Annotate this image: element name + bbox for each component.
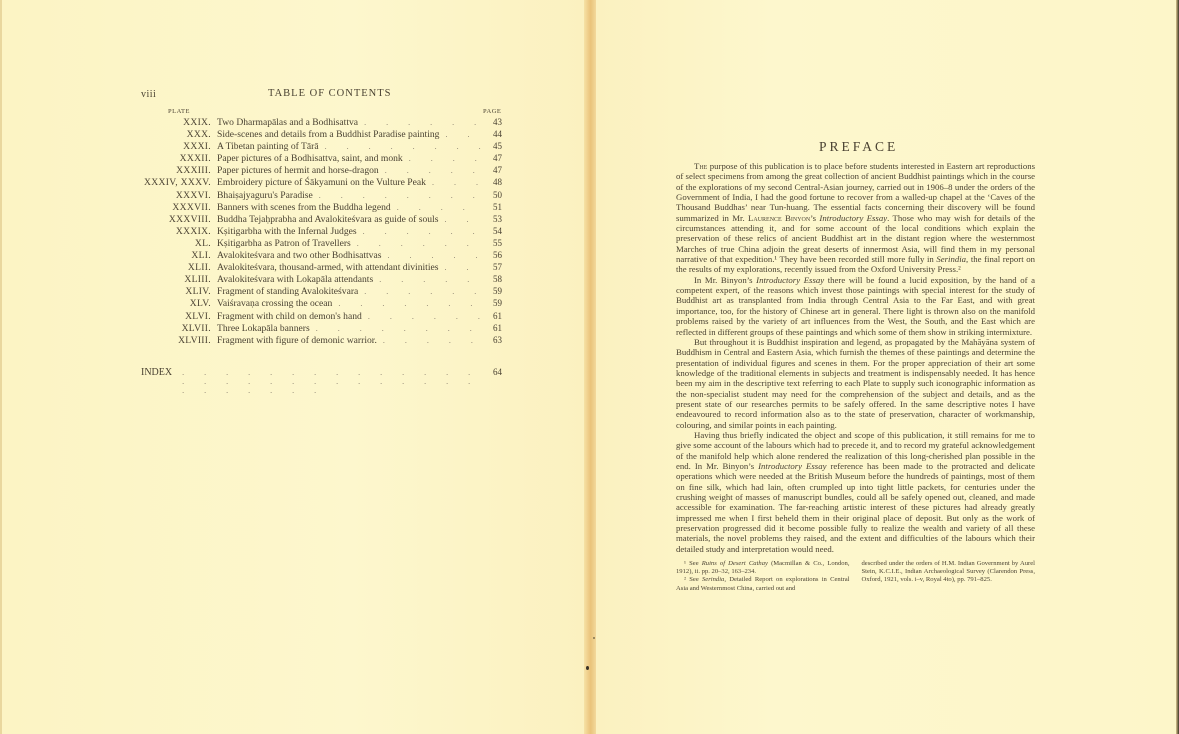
toc-entry[interactable]: XXIX.Two Dharmapālas and a Bodhisattva43 [130,117,502,129]
book-title: Introductory Essay [819,213,887,223]
entry-title: Buddha Tejaḥprabha and Avalokiteśvara as… [217,214,438,225]
preface-paragraph: But throughout it is Buddhist inspiratio… [676,337,1035,430]
toc-list: XXIX.Two Dharmapālas and a Bodhisattva43… [130,117,502,347]
dot-leader [362,312,484,321]
toc-entry[interactable]: XLI.Avalokiteśvara and two other Bodhisa… [130,250,502,262]
text-run: ² See [684,576,702,583]
entry-title: Three Lokapāla banners [217,323,310,334]
toc-entry[interactable]: XLIII.Avalokiteśvara with Lokapāla atten… [130,274,502,286]
dot-leader [377,336,484,345]
dot-leader [357,227,484,236]
plate-number: XXX. [130,129,217,140]
toc-entry[interactable]: XXXI.A Tibetan painting of Tārā45 [130,141,502,153]
entry-title: Paper pictures of hermit and horse-drago… [217,165,379,176]
footnotes: ¹ See Ruins of Desert Cathay (Macmillan … [676,560,1035,593]
toc-index-entry[interactable]: INDEX 64 [141,367,502,395]
entry-page: 48 [484,177,502,187]
entry-title: Kṣitigarbha as Patron of Travellers [217,238,351,249]
dot-leader [313,191,484,200]
entry-page: 57 [484,262,502,272]
preface-heading: PREFACE [819,139,898,155]
toc-entry[interactable]: XXXVI.Bhaiṣajyaguru's Paradise50 [130,190,502,202]
running-head: TABLE OF CONTENTS [268,88,392,99]
entry-page: 63 [484,335,502,345]
entry-page: 55 [484,238,502,248]
dot-leader [438,215,484,224]
preface-paragraph: Having thus briefly indicated the object… [676,430,1035,554]
lead-word: The [694,161,707,171]
entry-title: Banners with scenes from the Buddha lege… [217,202,391,213]
index-label: INDEX [141,367,172,378]
scan-speck [586,666,589,670]
entry-title: Avalokiteśvara and two other Bodhisattva… [217,250,381,261]
dot-leader [172,368,484,395]
toc-entry[interactable]: XLV.Vaiśravaṇa crossing the ocean59 [130,298,502,310]
entry-page: 47 [484,153,502,163]
entry-page: 59 [484,298,502,308]
page-column-header: PAGE [483,108,501,115]
plate-number: XLVIII. [130,335,217,346]
toc-entry[interactable]: XLII.Avalokiteśvara, thousand-armed, wit… [130,262,502,274]
entry-title: Avalokiteśvara, thousand-armed, with att… [217,262,439,273]
dot-leader [439,130,484,139]
dot-leader [351,239,484,248]
toc-entry[interactable]: XLVII.Three Lokapāla banners61 [130,323,502,335]
entry-title: Paper pictures of a Bodhisattva, saint, … [217,153,403,164]
entry-title: Fragment of standing Avalokiteśvara [217,286,358,297]
dot-leader [381,251,484,260]
entry-page: 43 [484,117,502,127]
plate-number: XXXI. [130,141,217,152]
book-title: Introductory Essay [756,275,824,285]
book-title: Serindia [936,254,966,264]
preface-body: The purpose of this publication is to pl… [676,161,1035,554]
left-page-edge [0,0,2,734]
toc-entry[interactable]: XLIV.Fragment of standing Avalokiteśvara… [130,286,502,298]
entry-page: 59 [484,286,502,296]
footnote-1: ¹ See Ruins of Desert Cathay (Macmillan … [676,560,850,576]
dot-leader [310,324,484,333]
entry-title: Avalokiteśvara with Lokapāla attendants [217,274,373,285]
page-number: viii [141,89,156,100]
text-run: ¹ See [684,560,702,567]
toc-entry[interactable]: XXXVIII.Buddha Tejaḥprabha and Avalokite… [130,214,502,226]
toc-entry[interactable]: XL.Kṣitigarbha as Patron of Travellers55 [130,238,502,250]
toc-entry[interactable]: XLVIII.Fragment with figure of demonic w… [130,335,502,347]
dot-leader [358,118,484,127]
footnote-column-left: ¹ See Ruins of Desert Cathay (Macmillan … [676,560,850,593]
plate-number: XLIV. [130,286,217,297]
dot-leader [403,154,484,163]
toc-entry[interactable]: XXXII.Paper pictures of a Bodhisattva, s… [130,153,502,165]
entry-page: 54 [484,226,502,236]
dot-leader [391,203,484,212]
dot-leader [332,299,484,308]
entry-page: 58 [484,274,502,284]
book-gutter [584,0,596,734]
book-title: Introductory Essay [758,461,826,471]
toc-entry[interactable]: XLVI.Fragment with child on demon's hand… [130,311,502,323]
book-title: Serindia [702,576,724,583]
entry-page: 56 [484,250,502,260]
entry-page: 50 [484,190,502,200]
entry-page: 51 [484,202,502,212]
entry-title: Embroidery picture of Śākyamuni on the V… [217,177,426,188]
plate-number: XXXVII. [130,202,217,213]
plate-number: XLIII. [130,274,217,285]
entry-title: Fragment with figure of demonic warrior. [217,335,377,346]
plate-number: XL. [130,238,217,249]
plate-number: XLVII. [130,323,217,334]
text-run: In Mr. Binyon’s [694,275,756,285]
plate-number: XLII. [130,262,217,273]
scan-speck [593,637,595,639]
index-page: 64 [484,367,502,377]
toc-entry[interactable]: XXX.Side-scenes and details from a Buddh… [130,129,502,141]
plate-number: XXXIII. [130,165,217,176]
entry-page: 47 [484,165,502,175]
text-run: reference has been made to the protracte… [676,461,1035,554]
plate-number: XXXIX. [130,226,217,237]
book-spread: viii TABLE OF CONTENTS PLATE PAGE XXIX.T… [0,0,1179,734]
book-title: Ruins of Desert Cathay [702,560,768,567]
entry-title: A Tibetan painting of Tārā [217,141,319,152]
entry-title: Side-scenes and details from a Buddhist … [217,129,439,140]
footnote-column-right: described under the orders of H.M. India… [862,560,1036,593]
dot-leader [373,275,484,284]
entry-page: 61 [484,311,502,321]
plate-number: XXXII. [130,153,217,164]
entry-page: 45 [484,141,502,151]
preface-paragraph: The purpose of this publication is to pl… [676,161,1035,275]
toc-entry[interactable]: XXXVII.Banners with scenes from the Budd… [130,202,502,214]
preface-paragraph: In Mr. Binyon’s Introductory Essay there… [676,275,1035,337]
plate-number: XXXIV, XXXV. [130,177,217,188]
plate-number: XLV. [130,298,217,309]
dot-leader [379,166,484,175]
dot-leader [426,178,484,187]
plate-number: XLI. [130,250,217,261]
plate-number: XLVI. [130,311,217,322]
entry-page: 61 [484,323,502,333]
entry-page: 53 [484,214,502,224]
entry-title: Bhaiṣajyaguru's Paradise [217,190,313,201]
entry-title: Kṣitigarbha with the Infernal Judges [217,226,357,237]
plate-number: XXIX. [130,117,217,128]
entry-page: 44 [484,129,502,139]
entry-title: Vaiśravaṇa crossing the ocean [217,298,332,309]
dot-leader [439,263,485,272]
footnote-2-continued: described under the orders of H.M. India… [862,560,1036,585]
toc-entry[interactable]: XXXIII.Paper pictures of hermit and hors… [130,165,502,177]
footnote-2: ² See Serindia, Detailed Report on explo… [676,576,850,592]
dot-leader [319,142,484,151]
toc-entry[interactable]: XXXIV, XXXV.Embroidery picture of Śākyam… [130,177,502,189]
entry-title: Two Dharmapālas and a Bodhisattva [217,117,358,128]
plate-column-header: PLATE [168,108,190,115]
plate-number: XXXVIII. [130,214,217,225]
plate-number: XXXVI. [130,190,217,201]
entry-title: Fragment with child on demon's hand [217,311,362,322]
author-name: Laurence Binyon [748,213,810,223]
dot-leader [358,287,484,296]
toc-entry[interactable]: XXXIX.Kṣitigarbha with the Infernal Judg… [130,226,502,238]
